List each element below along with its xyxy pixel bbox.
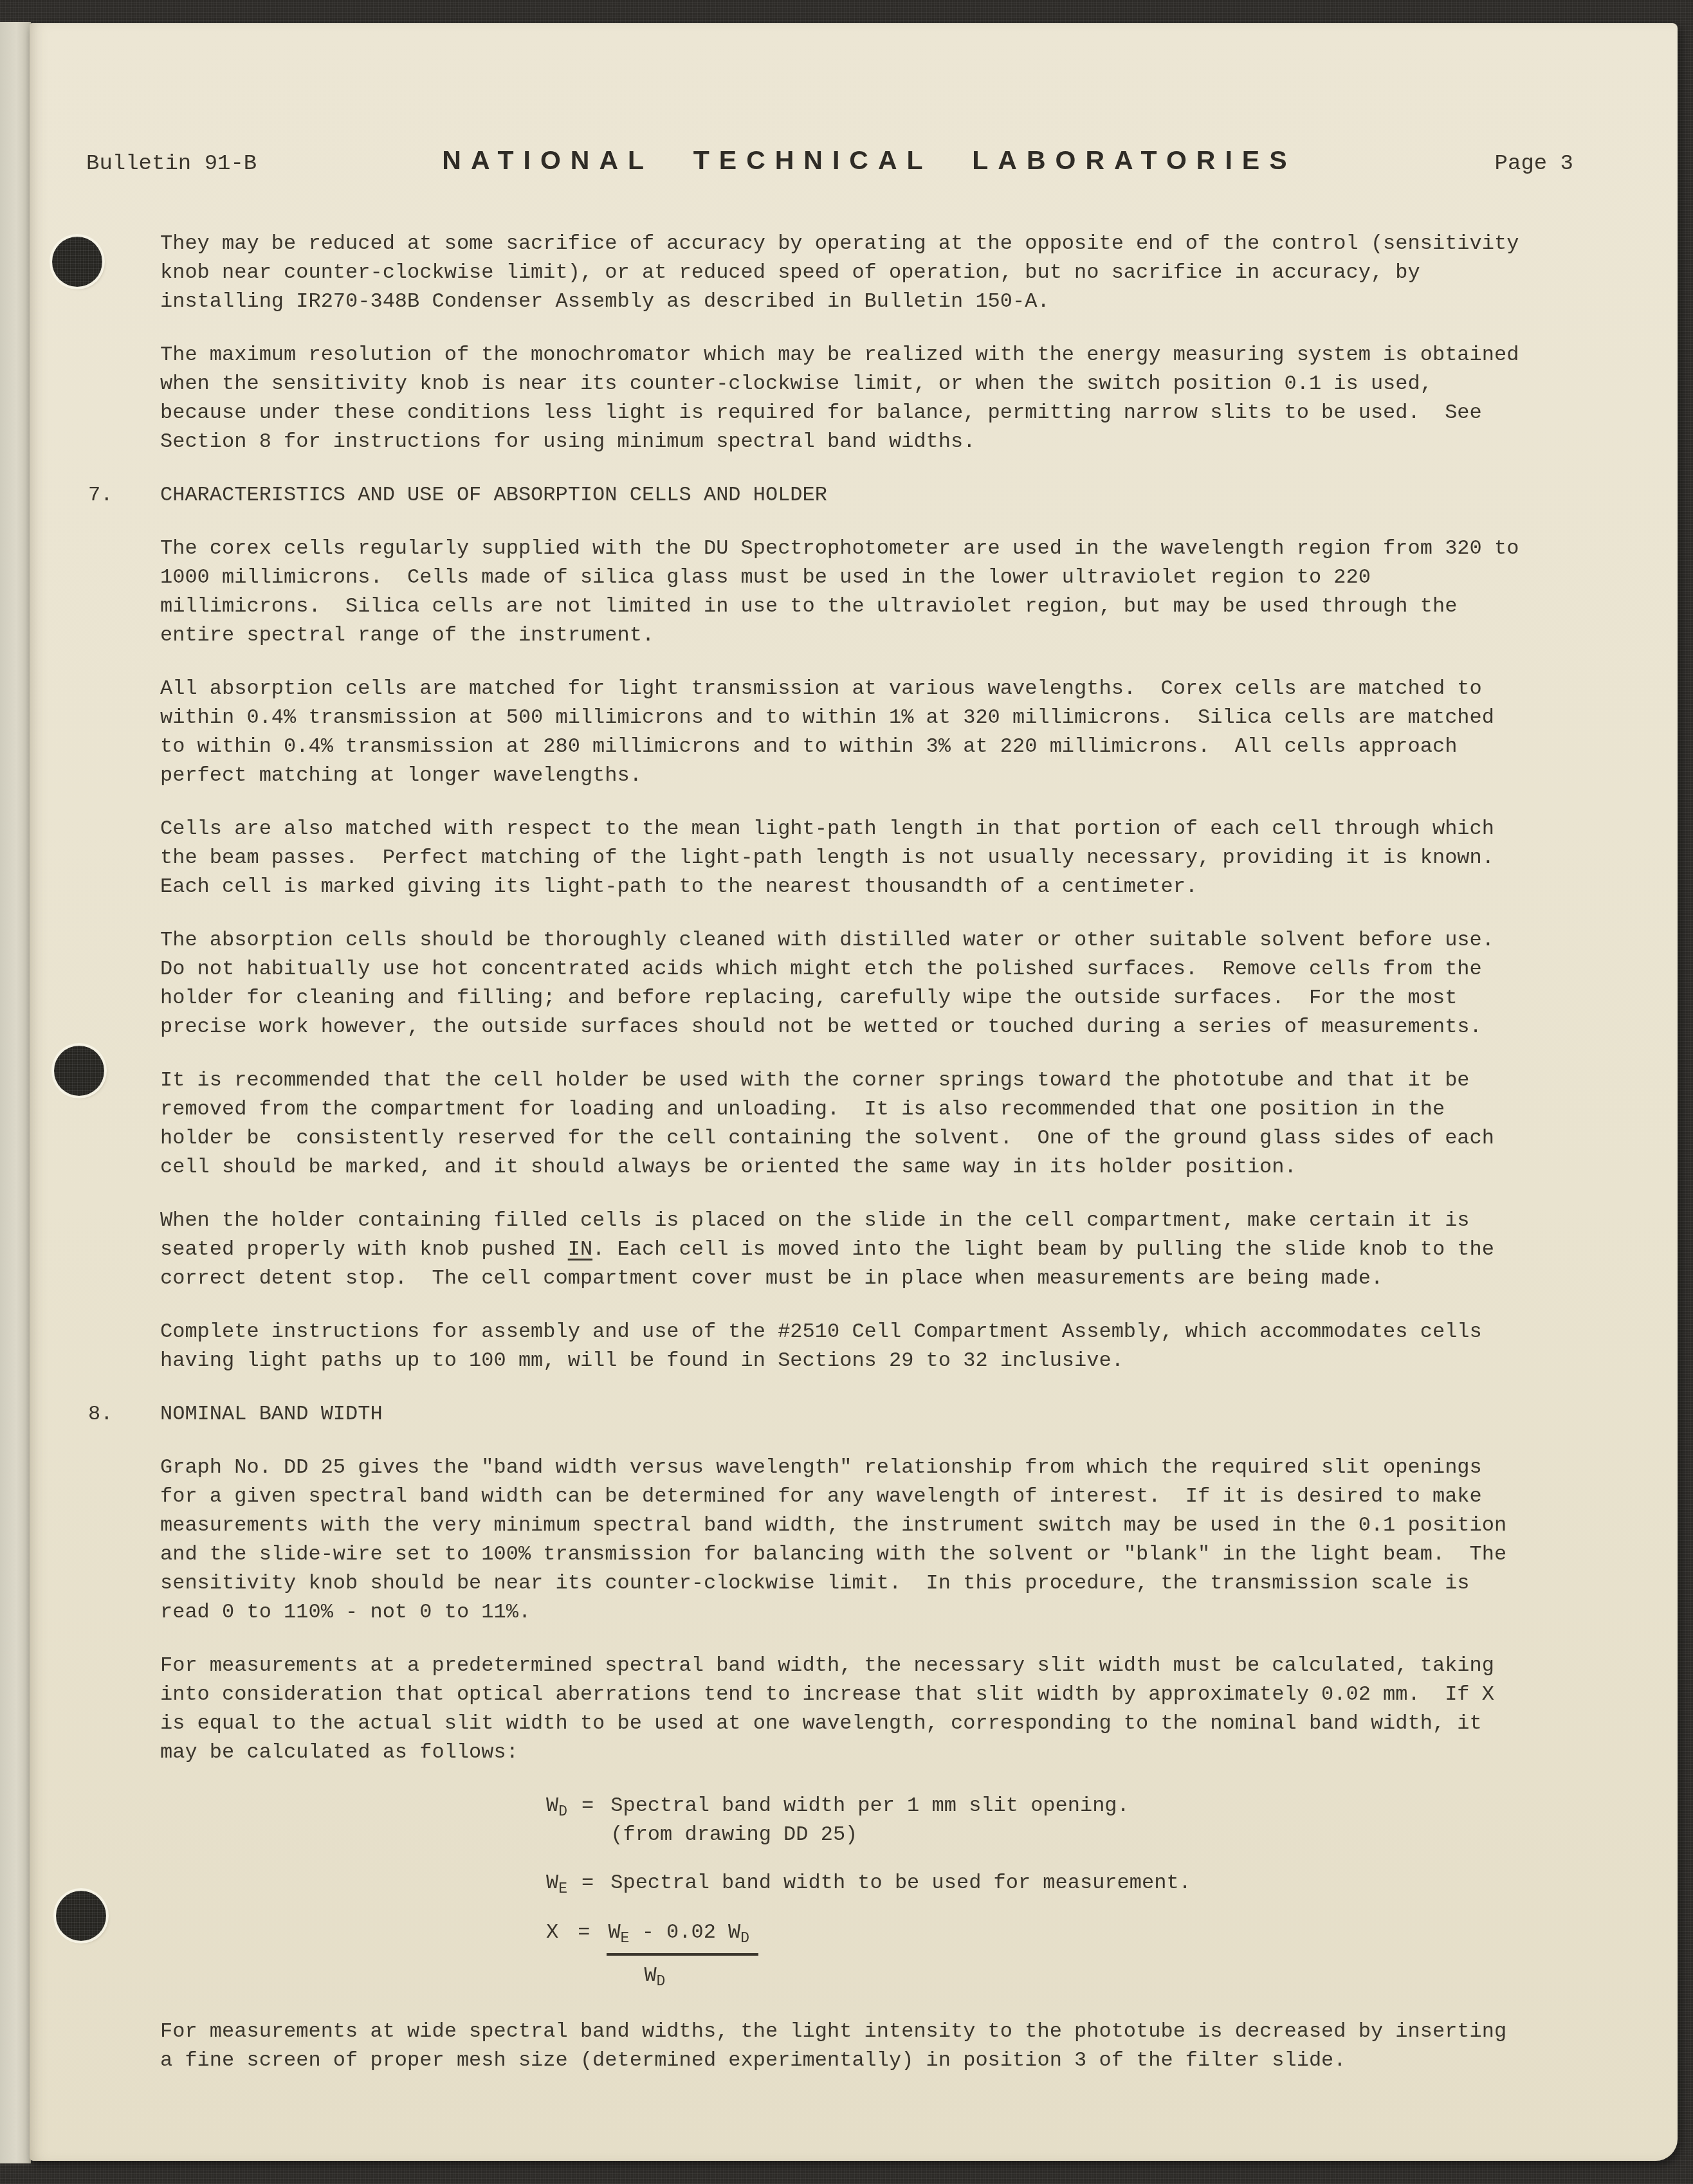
page-header: Bulletin 91-B NATIONAL TECHNICAL LABORAT…	[86, 145, 1573, 176]
paragraph: It is recommended that the cell holder b…	[160, 1066, 1530, 1181]
punch-hole-top	[52, 237, 102, 287]
definition-wd: WD = Spectral band width per 1 mm slit o…	[546, 1791, 1530, 1849]
definition-text: Spectral band width per 1 mm slit openin…	[610, 1791, 1530, 1849]
definition-line: Spectral band width to be used for measu…	[610, 1868, 1530, 1897]
formula-subscript: D	[740, 1930, 749, 1947]
intro-paragraph: The maximum resolution of the monochroma…	[160, 340, 1530, 456]
paragraph: Graph No. DD 25 gives the "band width ve…	[160, 1453, 1530, 1626]
page-number: Page 3	[1495, 152, 1573, 176]
formula-subscript: D	[657, 1973, 666, 1990]
symbol-subscript: D	[558, 1803, 567, 1820]
paragraph-with-underline: When the holder containing filled cells …	[160, 1206, 1530, 1293]
symbol-letter: W	[546, 1871, 558, 1895]
formula-subscript: E	[621, 1930, 630, 1947]
definition-we: WE = Spectral band width to be used for …	[546, 1868, 1530, 1897]
section-title: NOMINAL BAND WIDTH	[160, 1399, 1530, 1428]
intro-paragraph: They may be reduced at some sacrifice of…	[160, 229, 1530, 316]
formula-term: W	[644, 1963, 656, 1987]
definition-text: Spectral band width to be used for measu…	[610, 1868, 1530, 1897]
paragraph: For measurements at a predetermined spec…	[160, 1651, 1530, 1767]
equals-sign: =	[578, 1918, 590, 1947]
document-page: Bulletin 91-B NATIONAL TECHNICAL LABORAT…	[30, 23, 1678, 2161]
fraction: WE - 0.02 WD WD	[607, 1918, 758, 1990]
section-8-heading: 8. NOMINAL BAND WIDTH	[88, 1399, 1530, 1428]
symbol-wd: WD	[546, 1791, 567, 1820]
bulletin-number: Bulletin 91-B	[86, 152, 257, 176]
symbol-letter: W	[546, 1794, 558, 1817]
fraction-denominator: WD	[607, 1956, 758, 1990]
formula-term: W	[608, 1920, 620, 1944]
underlined-word: IN	[568, 1237, 592, 1261]
section-title: CHARACTERISTICS AND USE OF ABSORPTION CE…	[160, 480, 1530, 509]
punch-hole-middle	[54, 1046, 104, 1096]
symbol-we: WE	[546, 1868, 567, 1897]
paragraph: The absorption cells should be thoroughl…	[160, 925, 1530, 1041]
equals-sign: =	[581, 1791, 594, 1820]
document-body: They may be reduced at some sacrifice of…	[160, 229, 1530, 2099]
paragraph: Complete instructions for assembly and u…	[160, 1317, 1530, 1375]
formula-lhs: X	[546, 1918, 558, 1947]
torn-page-edge	[0, 22, 31, 2163]
slit-width-formula: X = WE - 0.02 WD WD	[546, 1918, 1530, 1990]
punch-hole-bottom	[56, 1891, 106, 1941]
section-7-heading: 7. CHARACTERISTICS AND USE OF ABSORPTION…	[88, 480, 1530, 509]
formula-term: - 0.02 W	[629, 1920, 740, 1944]
section-number: 7.	[88, 480, 160, 509]
definition-line: Spectral band width per 1 mm slit openin…	[610, 1791, 1530, 1820]
closing-paragraph: For measurements at wide spectral band w…	[160, 2017, 1530, 2075]
section-number: 8.	[88, 1399, 160, 1428]
definition-note: (from drawing DD 25)	[610, 1820, 1530, 1849]
equals-sign: =	[581, 1868, 594, 1897]
organization-title: NATIONAL TECHNICAL LABORATORIES	[257, 145, 1481, 176]
paragraph: All absorption cells are matched for lig…	[160, 674, 1530, 790]
scanned-bulletin-photo: { "header": { "bulletin": "Bulletin 91-B…	[0, 0, 1693, 2184]
fraction-numerator: WE - 0.02 WD	[607, 1918, 758, 1956]
paragraph: Cells are also matched with respect to t…	[160, 814, 1530, 901]
symbol-subscript: E	[558, 1880, 567, 1897]
symbol-definitions: WD = Spectral band width per 1 mm slit o…	[546, 1791, 1530, 1897]
paragraph: The corex cells regularly supplied with …	[160, 534, 1530, 650]
